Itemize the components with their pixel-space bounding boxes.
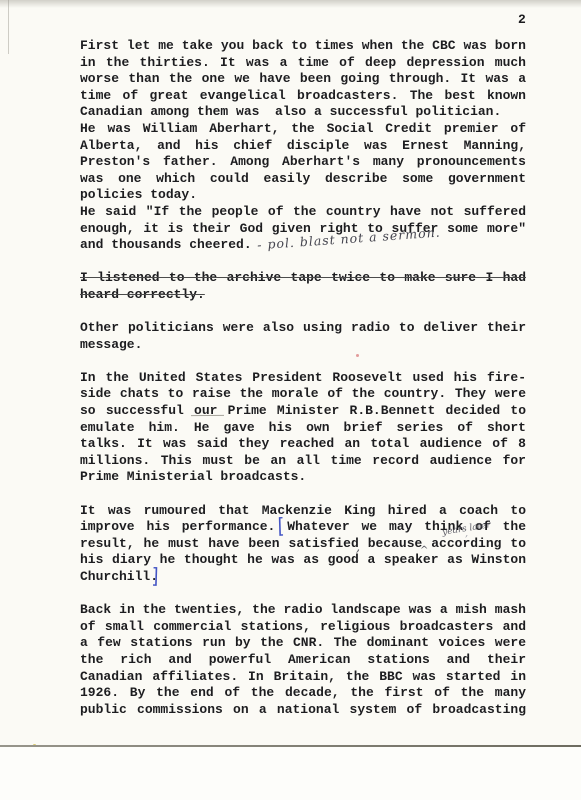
document-line: worse than the one we have been going th… [80,71,526,88]
document-line: millions. This must be an all time recor… [80,453,526,470]
document-line: the rich and powerful American stations … [80,652,526,669]
scan-edge-left [8,0,9,54]
document-line-struck: heard correctly. [80,287,526,304]
scan-edge-top [0,0,581,8]
document-line: Canadian affiliates. In Britain, the BBC… [80,669,526,686]
document-line: He was William Aberhart, the Social Cred… [80,121,526,138]
blue-ink-close-bracket: ] [151,566,159,587]
document-line: In the United States President Roosevelt… [80,370,526,387]
document-line: It was rumoured that Mackenzie King hire… [80,503,526,520]
document-line: so successful our Prime Minister R.B.Ben… [80,403,526,420]
document-line: Canadian among them was also a successfu… [80,104,526,121]
document-line: side chats to raise the morale of the co… [80,386,526,403]
document-line: He said "If the people of the country ha… [80,204,526,221]
scan-margin-below [0,747,581,800]
document-line: talks. It was said they reached an total… [80,436,526,453]
paragraph: I listened to the archive tape twice to … [80,270,526,303]
document-line: a few stations run by the CNR. The domin… [80,635,526,652]
document-line: of small commercial stations, religious … [80,619,526,636]
inserted-comma-satisfied: , [356,540,360,555]
document-line: message. [80,337,526,354]
paragraph: Other politicians were also using radio … [80,320,526,353]
paragraph: First let me take you back to times when… [80,38,526,254]
document-line: Prime Ministerial broadcasts. [80,469,526,486]
document-line: 1926. By the end of the decade, the firs… [80,685,526,702]
paragraph: In the United States President Roosevelt… [80,370,526,486]
document-body: First let me take you back to times when… [80,38,526,718]
document-line: was one which could easily describe some… [80,171,526,188]
document-line: policies today. [80,187,526,204]
document-line: First let me take you back to times when… [80,38,526,55]
paragraph: Back in the twenties, the radio landscap… [80,602,526,718]
document-line: emulate him. He gave his own brief serie… [80,420,526,437]
paper-speck-pink [356,354,359,357]
document-line: time of great evangelical broadcasters. … [80,88,526,105]
document-line: Preston's father. Among Aberhart's many … [80,154,526,171]
blue-ink-open-bracket: [ [277,516,285,537]
insertion-caret: ^ [420,545,428,556]
document-line: Other politicians were also using radio … [80,320,526,337]
document-line: Churchill. [80,569,526,586]
faint-comma-think: , [465,528,468,539]
document-line-struck: I listened to the archive tape twice to … [80,270,526,287]
document-line: public commissions on a national system … [80,702,526,719]
document-line: Alberta, and his chief disciple was Erne… [80,138,526,155]
document-line: result, he must have been satisfied beca… [80,536,526,553]
page-number: 2 [518,12,526,27]
document-line: Back in the twenties, the radio landscap… [80,602,526,619]
paragraph: It was rumoured that Mackenzie King hire… [80,503,526,586]
document-line: in the thirties. It was a time of deep d… [80,55,526,72]
document-line: his diary he thought he was as good a sp… [80,552,526,569]
scanned-page: 2 First let me take you back to times wh… [0,0,581,800]
